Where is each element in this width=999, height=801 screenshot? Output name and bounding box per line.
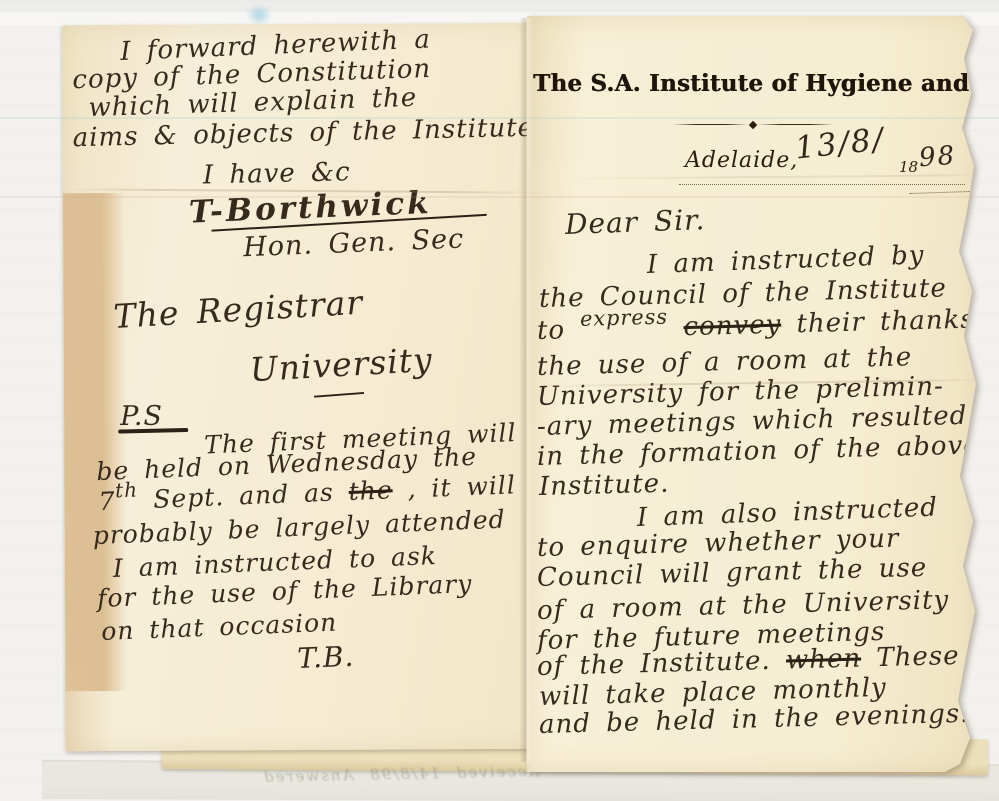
divider-line-right — [758, 124, 833, 126]
letterhead-divider — [673, 120, 833, 129]
inserted-word: th — [115, 477, 139, 502]
word-run: T-Borthwick — [188, 185, 432, 231]
left-page: I forward herewith acopy of the Constitu… — [62, 23, 544, 751]
word-run: These — [861, 641, 960, 674]
date-place-printed: Adelaide, — [685, 148, 798, 173]
right-page: The S.A. Institute of Hygiene and Bacter… — [527, 16, 979, 772]
paper-stain-tail — [65, 665, 113, 751]
word-run: to — [537, 315, 581, 346]
word-run: Dear Sir. — [564, 203, 705, 241]
letterhead-title: The S.A. Institute of Hygiene and Bacter… — [533, 70, 973, 97]
struck-word: convey — [683, 310, 781, 343]
handwriting-line: I have &c — [203, 157, 351, 190]
handwriting-line: to express convey their thanks for — [537, 303, 999, 346]
divider-line-left — [673, 124, 748, 126]
handwriting-line: Hon. Gen. Sec — [243, 223, 465, 263]
struck-word: when — [786, 644, 862, 676]
divider-diamond-icon — [749, 120, 757, 128]
word-run: Institute. — [539, 469, 670, 502]
word-run — [668, 312, 684, 342]
handwriting-line: on that occasion — [101, 608, 338, 646]
word-run: 7 — [98, 486, 116, 516]
struck-word: the — [348, 475, 393, 506]
word-run: on that occasion — [101, 608, 338, 646]
handwriting-line: T-Borthwick — [188, 185, 432, 231]
handwriting-line: The Registrar — [113, 283, 365, 336]
handwriting-line: T.B. — [297, 640, 355, 675]
word-run: , it will — [392, 470, 516, 504]
word-run: their thanks for — [781, 303, 999, 340]
word-run: University — [249, 340, 434, 389]
handwriting-line: Dear Sir. — [564, 203, 705, 241]
date-year-prefix-printed: 18 — [899, 158, 918, 176]
handwriting-line: Institute. — [539, 469, 670, 502]
word-run: Hon. Gen. Sec — [243, 223, 465, 263]
word-run: The Registrar — [113, 283, 365, 336]
word-run: P.S — [120, 401, 163, 432]
word-run: I have &c — [203, 157, 351, 190]
right-page-wrap: The S.A. Institute of Hygiene and Bacter… — [527, 16, 979, 772]
inserted-word: express — [580, 305, 669, 331]
handwriting-line: P.S — [120, 401, 163, 432]
handwriting-line: University — [249, 340, 434, 389]
date-year-handwritten: 98 — [918, 141, 957, 174]
fold-crease — [519, 18, 533, 762]
university-underline — [314, 392, 364, 398]
word-run: T.B. — [297, 640, 355, 675]
blue-ink-smudge — [246, 5, 272, 25]
